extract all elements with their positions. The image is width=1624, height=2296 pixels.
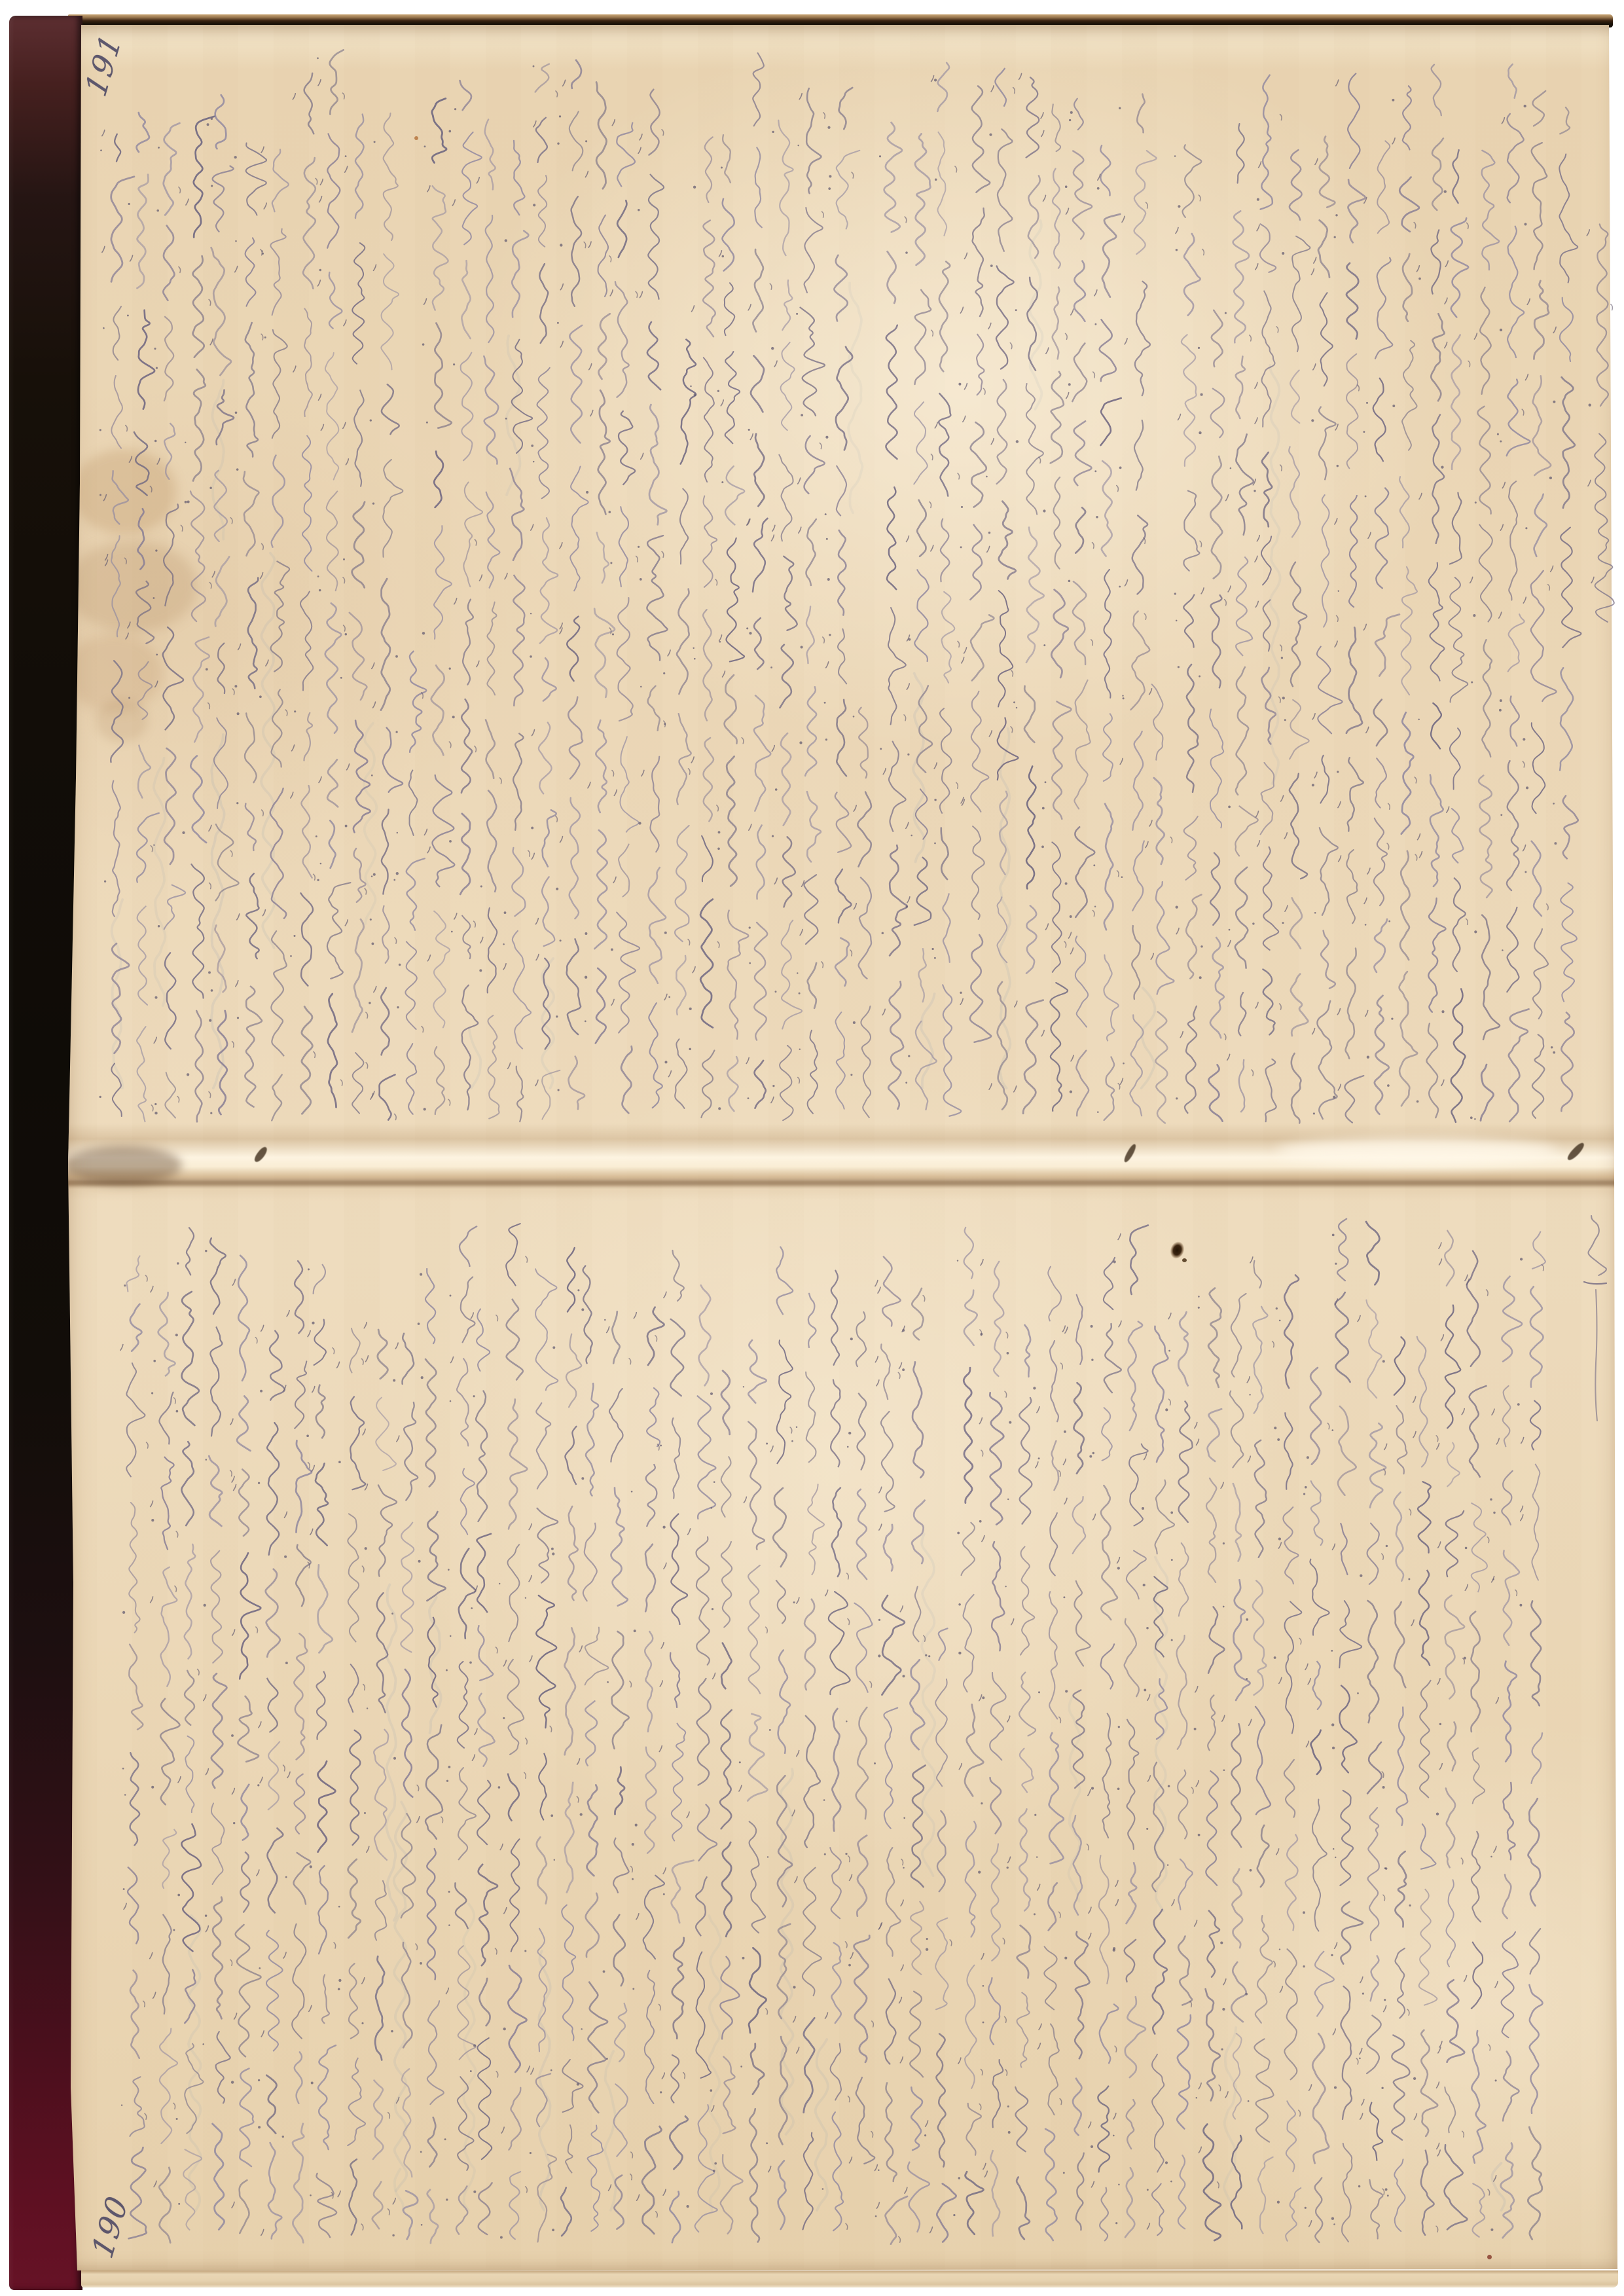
- comma-mark: [1611, 304, 1613, 310]
- notebook-paper: [62, 25, 1618, 2270]
- scan-root: 191 190: [0, 0, 1624, 2296]
- rust-speck: [1487, 2255, 1492, 2259]
- ink-spot-satellite: [1182, 1258, 1187, 1262]
- rust-speck: [414, 136, 418, 140]
- page-edge-stack: [81, 2270, 1618, 2287]
- paper-edge-shading: [62, 25, 1618, 2270]
